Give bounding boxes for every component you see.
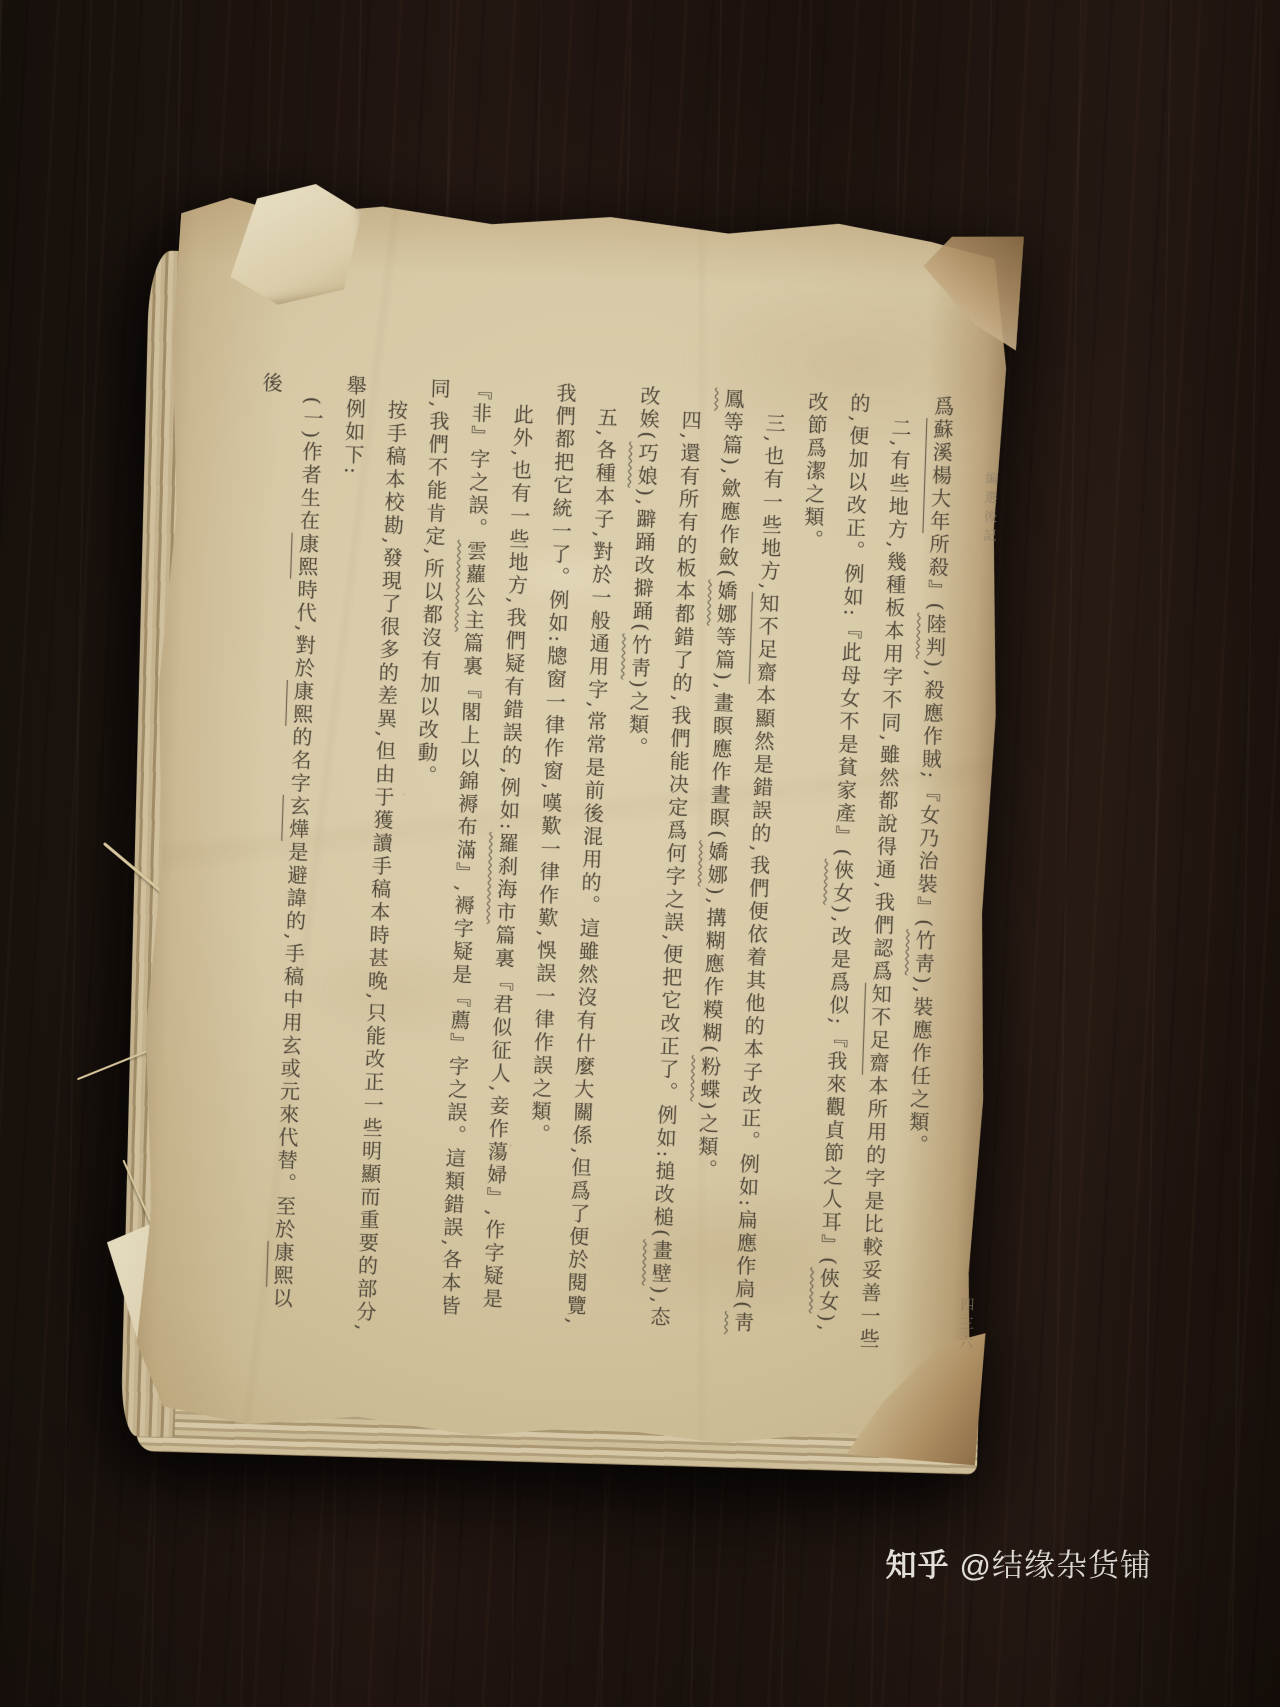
- proper-name-mark: 康熙: [289, 680, 315, 727]
- text-run: 時代,對於: [291, 579, 319, 681]
- text-run: )之類。: [624, 680, 651, 761]
- book-title-mark: 陸判: [922, 613, 948, 660]
- text-run: 等篇),歛應作斂(: [715, 411, 745, 581]
- text-run: 是避諱的,手稿中用玄或元來代替。至於: [271, 841, 309, 1242]
- text-run: 所殺』(: [924, 533, 951, 614]
- text-run: 爲: [930, 395, 955, 419]
- text-run: ),搆糊應作糢糊(: [698, 887, 728, 1057]
- photo-of-book-on-table: 編選後記 四三六 爲蘇溪楊大年所殺』(陸判),殺應作賊;『女乃治裝』(竹靑),裝…: [0, 0, 1280, 1707]
- book-title-mark: 羅刹海市: [492, 832, 519, 925]
- text-run: )之類。: [694, 1101, 721, 1182]
- text-run: 等篇),畫瞑應作晝瞑(: [706, 626, 737, 842]
- proper-name-mark: 康熙: [294, 533, 320, 580]
- proper-name-mark: 知不足齋: [865, 983, 892, 1076]
- book-title-mark: 巧娘: [634, 442, 660, 489]
- proper-name-mark: 知不足齋: [753, 592, 780, 685]
- book-title-mark: 雲蘿公主: [461, 540, 488, 633]
- book-title-mark: 竹靑: [911, 929, 937, 976]
- watermark-brand: 知乎: [886, 1548, 950, 1583]
- text-run: 此外,也有一些地方,我們疑有錯誤的,例如:: [496, 404, 535, 833]
- proper-name-mark: 蘇溪楊大年: [926, 418, 954, 534]
- book-title-mark: 竹靑: [627, 634, 653, 681]
- text-run: ),裝應作任之類。: [905, 975, 935, 1157]
- running-head: 編選後記: [978, 471, 1000, 548]
- text-run: 三,也有一些地方,: [756, 412, 786, 592]
- proper-name-mark: 玄燁: [285, 795, 311, 842]
- proper-name-mark: 康熙: [270, 1241, 296, 1288]
- page-number: 四三六: [955, 1297, 977, 1355]
- book-title-mark: 嬌娜: [704, 841, 730, 888]
- text-run: ),躃踊改擗踊(: [629, 488, 658, 635]
- watermark-handle: @结缘杂货铺: [960, 1548, 1152, 1583]
- text-block: 爲蘇溪楊大年所殺』(陸判),殺應作賊;『女乃治裝』(竹靑),裝應作任之類。二,有…: [217, 371, 964, 1353]
- text-run: (一)作者生在: [296, 396, 325, 533]
- book-title-mark: 俠女: [815, 1267, 841, 1314]
- text-run: ),殺應作賊;『女乃治裝』(: [913, 659, 946, 930]
- book: 編選後記 四三六 爲蘇溪楊大年所殺』(陸判),殺應作賊;『女乃治裝』(竹靑),裝…: [129, 191, 1017, 1460]
- book-title-mark: 粉蝶: [696, 1055, 722, 1102]
- text-run: ),改是爲似;『我來觀貞節之人耳』(: [817, 905, 854, 1268]
- book-title-mark: 畫壁: [648, 1240, 674, 1287]
- text-run: 的名字: [287, 726, 313, 796]
- book-title-mark: 嬌娜: [713, 580, 739, 627]
- book-title-mark: 俠女: [829, 859, 855, 906]
- watermark: 知乎@结缘杂货铺: [886, 1540, 1152, 1585]
